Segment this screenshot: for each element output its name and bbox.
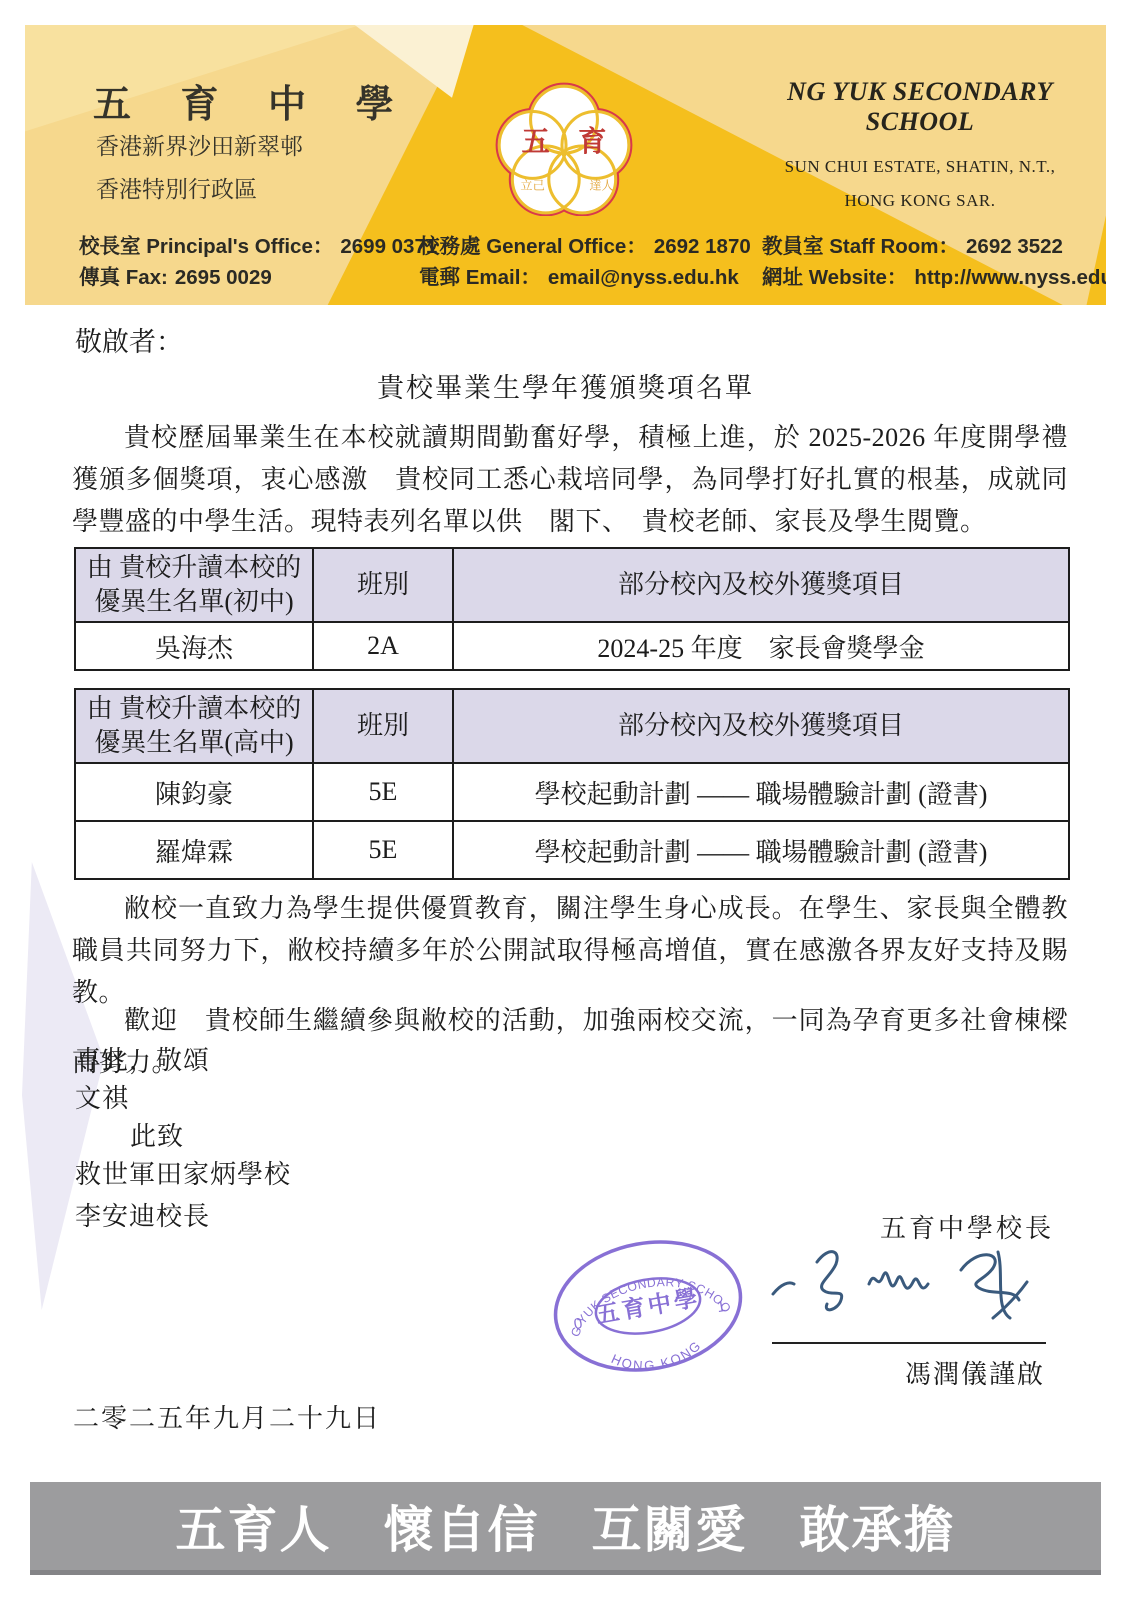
closing-respect: 專此，敬頌 [75, 1040, 210, 1077]
school-name-en-block: NG YUK SECONDARY SCHOOL SUN CHUI ESTATE,… [740, 77, 1100, 211]
cell-award: 學校起動計劃 —— 職場體驗計劃 (證書) [453, 821, 1069, 879]
school-address-zh-line2: 香港特別行政區 [96, 171, 257, 204]
contact-label: 教員室 Staff Room： [762, 235, 959, 258]
cell-class: 2A [313, 622, 453, 670]
paragraph-quality: 敝校一直致力為學生提供優質教育，關注學生身心成長。在學生、家長與全體教職員共同努… [72, 888, 1068, 1014]
letter-date: 二零二五年九月二十九日 [73, 1398, 381, 1435]
award-table-junior: 由 貴校升讀本校的 優異生名單(初中) 班別 部分校內及校外獲獎項目 吳海杰 2… [74, 547, 1070, 671]
table-row: 羅煒霖 5E 學校起動計劃 —— 職場體驗計劃 (證書) [75, 821, 1069, 879]
contact-fax: 2695 0029 [175, 266, 272, 289]
logo-motto-left: 立己 [520, 179, 544, 193]
stamp-digit-right: 1 [716, 1298, 727, 1316]
salutation: 敬啟者： [75, 320, 183, 359]
contact-label: 網址 Website： [762, 266, 907, 289]
logo-char-left: 五 [521, 127, 549, 158]
contact-label: 傳真 Fax: [79, 266, 168, 289]
contact-staff-room: 教員室 Staff Room：2692 3522 網址 Website：http… [762, 231, 1106, 293]
letterhead: 五 育 中 學 香港新界沙田新翠邨 香港特別行政區 五 育 立己 [25, 25, 1106, 305]
footer-slogan: 五育人 懷自信 互關愛 敢承擔 [176, 1490, 956, 1562]
award-table-senior: 由 貴校升讀本校的 優異生名單(高中) 班別 部分校內及校外獲獎項目 陳鈞豪 5… [74, 688, 1070, 880]
recipient-school: 救世軍田家炳學校 [75, 1154, 291, 1191]
contact-label: 校務處 General Office： [419, 235, 647, 258]
table-header-row: 由 貴校升讀本校的 優異生名單(高中) 班別 部分校內及校外獲獎項目 [75, 689, 1069, 763]
header-name-line1: 由 貴校升讀本校的 [87, 694, 302, 723]
cell-student-name: 陳鈞豪 [75, 763, 313, 821]
closing-wenqi: 文祺 [75, 1078, 129, 1115]
school-stamp: NG YUK SECONDARY SCHOOL HONG KONG 0 1 五育… [545, 1230, 751, 1382]
signer-name: 馮潤儀謹啟 [905, 1354, 1045, 1391]
school-address-en-line1: SUN CHUI ESTATE, SHATIN, N.T., [740, 157, 1100, 177]
contact-principal-office: 校長室 Principal's Office：2699 0371 傳真 Fax:… [79, 231, 437, 293]
cell-award: 學校起動計劃 —— 職場體驗計劃 (證書) [453, 763, 1069, 821]
contact-email: email@nyss.edu.hk [548, 266, 739, 289]
paragraph-welcome: 歡迎 貴校師生繼續參與敝校的活動，加強兩校交流，一同為孕育更多社會棟樑而努力。 [72, 1000, 1068, 1084]
header-cell-class: 班別 [313, 548, 453, 622]
header-name-line2: 優異生名單(高中) [94, 728, 293, 757]
logo-char-right: 育 [578, 125, 606, 158]
header-cell-name: 由 貴校升讀本校的 優異生名單(高中) [75, 689, 313, 763]
principal-signature [765, 1238, 1055, 1343]
cell-student-name: 羅煒霖 [75, 821, 313, 879]
cell-award: 2024-25 年度 家長會獎學金 [453, 622, 1069, 670]
school-name-en: NG YUK SECONDARY SCHOOL [740, 77, 1100, 137]
contact-line: 網址 Website：http://www.nyss.edu.hk [762, 262, 1106, 293]
contact-phone: 2692 3522 [966, 235, 1063, 258]
header-name-line1: 由 貴校升讀本校的 [87, 553, 302, 582]
school-name-zh: 五 育 中 學 [93, 73, 414, 128]
cell-class: 5E [313, 763, 453, 821]
contact-line: 校長室 Principal's Office：2699 0371 [79, 231, 437, 262]
contact-line: 傳真 Fax:2695 0029 [79, 262, 437, 293]
svg-text:HONG KONG: HONG KONG [607, 1336, 708, 1381]
footer-banner: 五育人 懷自信 互關愛 敢承擔 [30, 1482, 1101, 1575]
contact-line: 校務處 General Office：2692 1870 [419, 231, 751, 262]
school-logo: 五 育 立己 達人 [488, 82, 640, 216]
header-cell-name: 由 貴校升讀本校的 優異生名單(初中) [75, 548, 313, 622]
closing-cizhi: 此致 [130, 1116, 184, 1153]
school-address-en-line2: HONG KONG SAR. [740, 191, 1100, 211]
header-cell-class: 班別 [313, 689, 453, 763]
contact-general-office: 校務處 General Office：2692 1870 電郵 Email：em… [419, 231, 751, 293]
paragraph-intro: 貴校歷屆畢業生在本校就讀期間勤奮好學，積極上進，於 2025-2026 年度開學… [72, 417, 1068, 543]
logo-motto-right: 達人 [589, 178, 613, 193]
table-header-row: 由 貴校升讀本校的 優異生名單(初中) 班別 部分校內及校外獲獎項目 [75, 548, 1069, 622]
cell-class: 5E [313, 821, 453, 879]
contact-label: 電郵 Email： [419, 266, 541, 289]
cell-student-name: 吳海杰 [75, 622, 313, 670]
letter-title: 貴校畢業生學年獲頒獎項名單 [0, 366, 1131, 405]
contact-line: 教員室 Staff Room：2692 3522 [762, 231, 1106, 262]
table-row: 陳鈞豪 5E 學校起動計劃 —— 職場體驗計劃 (證書) [75, 763, 1069, 821]
stamp-arc-bottom-text: HONG KONG [607, 1336, 708, 1381]
header-name-line2: 優異生名單(初中) [94, 587, 293, 616]
letter-page: 五 育 中 學 香港新界沙田新翠邨 香港特別行政區 五 育 立己 [0, 0, 1131, 1600]
table-row: 吳海杰 2A 2024-25 年度 家長會獎學金 [75, 622, 1069, 670]
contact-website: http://www.nyss.edu.hk [914, 266, 1106, 289]
contact-label: 校長室 Principal's Office： [79, 235, 333, 258]
recipient-principal: 李安迪校長 [75, 1196, 210, 1233]
contact-phone: 2692 1870 [654, 235, 751, 258]
school-address-zh-line1: 香港新界沙田新翠邨 [96, 128, 303, 161]
header-cell-award: 部分校內及校外獲獎項目 [453, 548, 1069, 622]
signature-underline [772, 1342, 1046, 1344]
contact-line: 電郵 Email：email@nyss.edu.hk [419, 262, 751, 293]
header-cell-award: 部分校內及校外獲獎項目 [453, 689, 1069, 763]
